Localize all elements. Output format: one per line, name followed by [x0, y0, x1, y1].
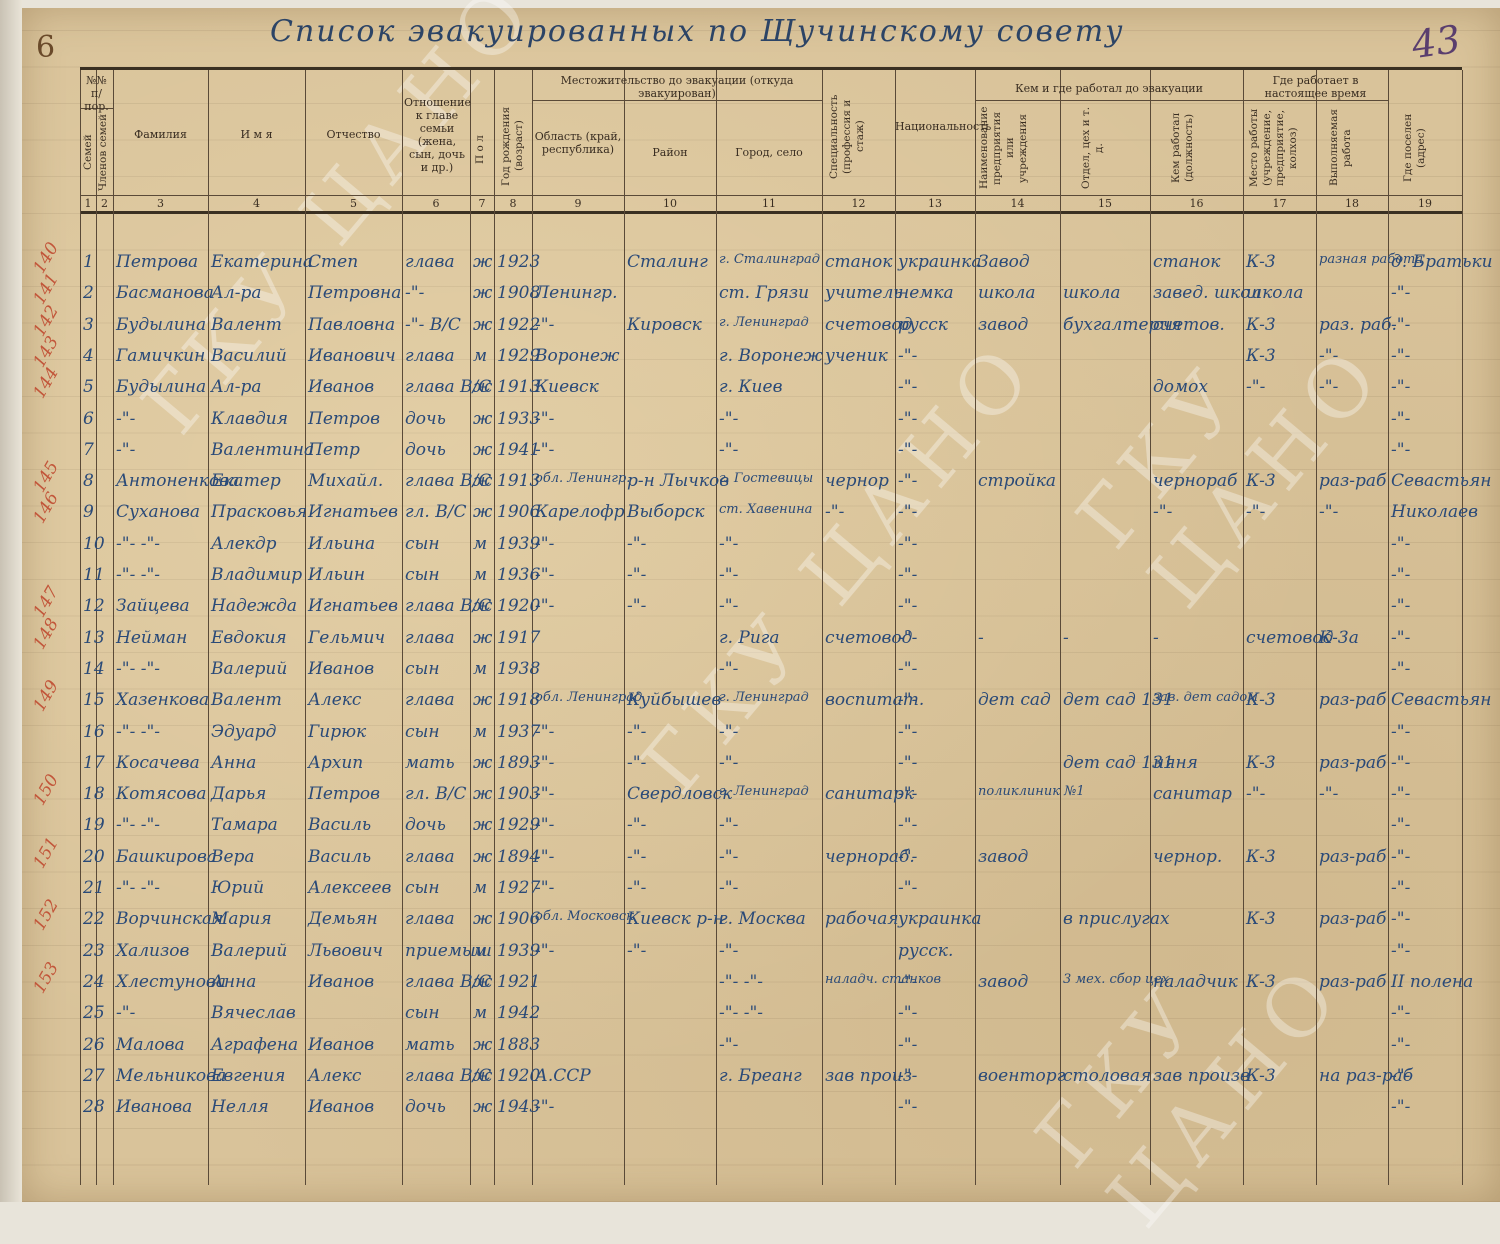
cell-year: 1938 [497, 659, 540, 679]
cell-year: 1917 [497, 628, 540, 648]
cell-city: -"- [719, 722, 738, 742]
cell-raion: Выборск [627, 502, 705, 522]
cell-workplace: -"- [1246, 784, 1265, 804]
cell-spec: чернор [825, 471, 889, 491]
cell-spec: учитель [825, 283, 903, 303]
cell-job: раз. раб. [1319, 315, 1397, 335]
cell-patronymic: Петровна [308, 283, 401, 303]
cell-nat: -"- [898, 596, 917, 616]
header-raion: Район [624, 146, 716, 159]
cell-city: -"- [719, 659, 738, 679]
header-sub-rule [1243, 100, 1388, 101]
cell-sex: м [473, 534, 487, 554]
cell-nat: -"- [898, 1097, 917, 1117]
cell-job: раз-раб [1319, 690, 1386, 710]
cell-n: 24 [83, 972, 105, 992]
cell-position: санитар [1153, 784, 1232, 804]
cell-city: г. Москва [719, 909, 806, 929]
cell-nat: -"- [898, 815, 917, 835]
cell-year: 1941 [497, 440, 540, 460]
cell-position: зав произв [1153, 1066, 1250, 1086]
cell-year: 1918 [497, 690, 540, 710]
cell-n: 23 [83, 941, 105, 961]
cell-position: чернораб [1153, 471, 1237, 491]
header-sub-rule [975, 100, 1243, 101]
cell-surname: -"- -"- [116, 722, 160, 742]
cell-sex: ж [473, 690, 492, 710]
cell-workplace: К-3 [1246, 847, 1276, 867]
cell-patronymic: Алекс [308, 690, 361, 710]
cell-patronymic: Иванов [308, 1097, 374, 1117]
cell-relation: глава [405, 909, 455, 929]
cell-sex: м [473, 941, 487, 961]
cell-patronymic: Архип [308, 753, 363, 773]
cell-job: -"- [1319, 502, 1338, 522]
cell-sex: ж [473, 440, 492, 460]
cell-raion: Сталинг [627, 252, 708, 272]
cell-year: 1927 [497, 878, 540, 898]
cell-surname: -"- -"- [116, 878, 160, 898]
column-number: 8 [494, 197, 532, 210]
cell-n: 22 [83, 909, 105, 929]
header-city: Город, село [716, 146, 822, 159]
cell-name: Юрий [211, 878, 264, 898]
cell-nat: -"- [898, 1003, 917, 1023]
cell-surname: Иванова [116, 1097, 192, 1117]
cell-patronymic: Демьян [308, 909, 378, 929]
cell-nat: -"- [898, 471, 917, 491]
cell-enterprise: завод [978, 972, 1028, 992]
cell-relation: сын [405, 565, 440, 585]
cell-nat: -"- [898, 534, 917, 554]
cell-year: 1920 [497, 596, 540, 616]
cell-oblast: -"- [535, 784, 554, 804]
cell-relation: дочь [405, 1097, 446, 1117]
column-rule [80, 70, 81, 1185]
cell-year: 1894 [497, 847, 540, 867]
cell-enterprise: военторг [978, 1066, 1065, 1086]
document-title: Список эвакуированных по Щучинскому сове… [270, 14, 1125, 49]
cell-sex: ж [473, 283, 492, 303]
cell-name: Прасковья [211, 502, 307, 522]
cell-address: -"- [1391, 784, 1410, 804]
cell-nat: -"- [898, 565, 917, 585]
cell-job: раз-раб [1319, 909, 1386, 929]
cell-position: няня [1153, 753, 1198, 773]
cell-surname: Хлестунова [116, 972, 226, 992]
cell-patronymic: Петров [308, 409, 380, 429]
cell-name: Эдуард [211, 722, 276, 742]
cell-name: Тамара [211, 815, 278, 835]
header-relation: Отношение к главе семьи (жена, сын, дочь… [404, 96, 470, 174]
cell-n: 10 [83, 534, 105, 554]
cell-surname: -"- -"- [116, 815, 160, 835]
cell-year: 1893 [497, 753, 540, 773]
cell-nat: -"- [898, 346, 917, 366]
cell-nat: -"- [898, 440, 917, 460]
cell-n: 27 [83, 1066, 105, 1086]
cell-enterprise: завод [978, 847, 1028, 867]
cell-address: -"- [1391, 346, 1410, 366]
cell-sex: ж [473, 315, 492, 335]
cell-spec: станок [825, 252, 892, 272]
cell-patronymic: Гельмич [308, 628, 385, 648]
cell-name: Аграфена [211, 1035, 298, 1055]
cell-sex: м [473, 346, 487, 366]
cell-name: Вячеслав [211, 1003, 296, 1023]
cell-year: 1922 [497, 315, 540, 335]
cell-oblast: -"- [535, 878, 554, 898]
cell-relation: -"- В/С [405, 315, 461, 335]
column-number: 3 [113, 197, 208, 210]
cell-workplace: -"- [1246, 377, 1265, 397]
cell-n: 3 [83, 315, 94, 335]
cell-relation: глава [405, 628, 455, 648]
cell-city: г. Сталинград [719, 252, 820, 267]
cell-oblast: обл. Ленингр. [535, 471, 630, 486]
cell-surname: Хализов [116, 941, 189, 961]
cell-workplace: К-3 [1246, 252, 1276, 272]
cell-raion: -"- [627, 596, 646, 616]
cell-sex: ж [473, 628, 492, 648]
cell-patronymic: Львович [308, 941, 383, 961]
cell-city: -"- -"- [719, 972, 763, 992]
cell-year: 1903 [497, 784, 540, 804]
cell-relation: сын [405, 1003, 440, 1023]
cell-nat: -"- [898, 502, 917, 522]
cell-raion: -"- [627, 815, 646, 835]
cell-job: К-3а [1319, 628, 1359, 648]
cell-patronymic: Петров [308, 784, 380, 804]
cell-year: 1929 [497, 346, 540, 366]
cell-sex: ж [473, 1035, 492, 1055]
column-rule [1388, 70, 1389, 1185]
header-residence-group: Местожительство до эвакуации (откуда эва… [532, 74, 822, 100]
header-position: Кем работал (должность) [1170, 104, 1210, 192]
cell-patronymic: Алекс [308, 1066, 361, 1086]
cell-raion: Киевск р-н [627, 909, 724, 929]
column-number: 10 [624, 197, 716, 210]
cell-oblast: -"- [535, 565, 554, 585]
cell-relation: сын [405, 878, 440, 898]
cell-address: -"- [1391, 409, 1410, 429]
cell-nat: -"- [898, 784, 917, 804]
header-families: Семей [82, 112, 96, 192]
cell-surname: -"- -"- [116, 565, 160, 585]
cell-oblast: -"- [535, 815, 554, 835]
column-number: 6 [402, 197, 470, 210]
cell-address: Николаев [1391, 502, 1478, 522]
cell-surname: Башкирова [116, 847, 217, 867]
column-number: 4 [208, 197, 305, 210]
cell-sex: ж [473, 1066, 492, 1086]
column-rule [822, 70, 823, 1185]
cell-sex: ж [473, 596, 492, 616]
header-members: Членов семей [97, 112, 111, 192]
cell-name: Евдокия [211, 628, 287, 648]
cell-dept: столовая [1063, 1066, 1151, 1086]
cell-patronymic: Иванов [308, 659, 374, 679]
cell-surname: Гамичкин [116, 346, 205, 366]
cell-n: 15 [83, 690, 105, 710]
cell-patronymic: Иванов [308, 1035, 374, 1055]
cell-raion: Свердловск [627, 784, 732, 804]
cell-year: 1939 [497, 534, 540, 554]
cell-city: -"- [719, 534, 738, 554]
cell-raion: -"- [627, 565, 646, 585]
cell-year: 1943 [497, 1097, 540, 1117]
cell-address: -"- [1391, 753, 1410, 773]
cell-patronymic: Василь [308, 847, 371, 867]
cell-surname: Малова [116, 1035, 185, 1055]
cell-workplace: школа [1246, 283, 1303, 303]
cell-sex: ж [473, 784, 492, 804]
cell-year: 1906 [497, 502, 540, 522]
cell-n: 9 [83, 502, 94, 522]
cell-city: г. Ленинград [719, 690, 809, 705]
cell-n: 6 [83, 409, 94, 429]
cell-workplace: К-3 [1246, 1066, 1276, 1086]
cell-n: 2 [83, 283, 94, 303]
cell-raion: -"- [627, 941, 646, 961]
cell-year: 1939 [497, 941, 540, 961]
column-number: 1 [80, 197, 96, 210]
cell-patronymic: Иванов [308, 972, 374, 992]
cell-oblast: -"- [535, 440, 554, 460]
cell-address: -"- [1391, 628, 1410, 648]
cell-sex: ж [473, 502, 492, 522]
cell-year: 1942 [497, 1003, 540, 1023]
cell-address: II полена [1391, 972, 1473, 992]
cell-name: Мария [211, 909, 272, 929]
cell-address: -"- [1391, 440, 1410, 460]
cell-address: -"- [1391, 1066, 1410, 1086]
cell-n: 12 [83, 596, 105, 616]
cell-n: 19 [83, 815, 105, 835]
cell-address: -"- [1391, 1035, 1410, 1055]
cell-n: 1 [83, 252, 94, 272]
cell-year: 1906 [497, 909, 540, 929]
cell-workplace: К-3 [1246, 753, 1276, 773]
cell-n: 13 [83, 628, 105, 648]
cell-workplace: К-3 [1246, 909, 1276, 929]
cell-relation: сын [405, 722, 440, 742]
cell-city: г. Киев [719, 377, 782, 397]
cell-dept: - [1063, 628, 1069, 648]
cell-raion: -"- [627, 534, 646, 554]
cell-city: г. Рига [719, 628, 780, 648]
sheet-number: 43 [1409, 17, 1463, 67]
cell-nat: -"- [898, 377, 917, 397]
cell-name: Евгения [211, 1066, 285, 1086]
cell-address: -"- [1391, 815, 1410, 835]
cell-relation: глава [405, 690, 455, 710]
cell-nat: -"- [898, 847, 917, 867]
cell-city: -"- [719, 753, 738, 773]
cell-name: Надежда [211, 596, 297, 616]
book-binding [0, 0, 22, 1202]
cell-city: г. Гостевицы [719, 471, 813, 486]
cell-oblast: Воронеж [535, 346, 619, 366]
cell-relation: дочь [405, 409, 446, 429]
cell-surname: Косачева [116, 753, 200, 773]
cell-address: -"- [1391, 659, 1410, 679]
cell-sex: м [473, 722, 487, 742]
cell-spec: -"- [825, 502, 844, 522]
cell-city: -"- [719, 440, 738, 460]
cell-sex: м [473, 1003, 487, 1023]
cell-surname: Нейман [116, 628, 187, 648]
cell-raion: Кировск [627, 315, 702, 335]
cell-nat: русск. [898, 941, 953, 961]
column-number: 16 [1150, 197, 1243, 210]
cell-patronymic: Павловна [308, 315, 395, 335]
cell-city: -"- [719, 565, 738, 585]
cell-patronymic: Иванович [308, 346, 396, 366]
header-np-group: №№ п/пор. [80, 74, 113, 113]
column-rule [1150, 70, 1151, 1185]
cell-enterprise: школа [978, 283, 1035, 303]
header-dept: Отдел, цех и т. д. [1080, 104, 1120, 192]
column-rule [975, 70, 976, 1185]
cell-raion: -"- [627, 722, 646, 742]
cell-sex: ж [473, 847, 492, 867]
column-rule [305, 70, 306, 1185]
cell-spec: ученик [825, 346, 888, 366]
cell-surname: Котясова [116, 784, 207, 804]
cell-city: -"- [719, 815, 738, 835]
cell-workplace: К-3 [1246, 690, 1276, 710]
cell-relation: глава [405, 847, 455, 867]
cell-n: 28 [83, 1097, 105, 1117]
cell-nat: русск [898, 315, 948, 335]
cell-city: -"- [719, 941, 738, 961]
cell-surname: Хазенкова [116, 690, 209, 710]
column-rule [624, 70, 625, 1185]
cell-oblast: -"- [535, 847, 554, 867]
cell-position: станок [1153, 252, 1220, 272]
cell-sex: м [473, 659, 487, 679]
cell-n: 25 [83, 1003, 105, 1023]
cell-sex: ж [473, 909, 492, 929]
cell-relation: мать [405, 753, 455, 773]
cell-oblast: -"- [535, 409, 554, 429]
cell-year: 1908 [497, 283, 540, 303]
cell-nat: -"- [898, 409, 917, 429]
cell-city: -"- [719, 1035, 738, 1055]
cell-job: -"- [1319, 346, 1338, 366]
column-number: 14 [975, 197, 1060, 210]
cell-workplace: -"- [1246, 502, 1265, 522]
header-patronymic: Отчество [305, 128, 402, 141]
column-number: 2 [96, 197, 113, 210]
cell-relation: -"- [405, 283, 424, 303]
cell-job: -"- [1319, 377, 1338, 397]
cell-n: 11 [83, 565, 105, 585]
cell-nat: немка [898, 283, 954, 303]
cell-name: Нелля [211, 1097, 269, 1117]
cell-nat: -"- [898, 1066, 917, 1086]
column-rule [1462, 70, 1463, 1185]
cell-nat: -"- [898, 753, 917, 773]
cell-workplace: К-3 [1246, 471, 1276, 491]
column-number: 17 [1243, 197, 1316, 210]
cell-surname: Суханова [116, 502, 200, 522]
cell-enterprise: поликлиник №1 [978, 784, 1085, 799]
cell-address: -"- [1391, 534, 1410, 554]
cell-sex: ж [473, 377, 492, 397]
cell-address: д. Братьки [1391, 252, 1493, 272]
cell-surname: -"- -"- [116, 659, 160, 679]
cell-name: Екатерина [211, 252, 313, 272]
cell-spec: наладч. станков [825, 972, 941, 987]
cell-enterprise: - [978, 628, 984, 648]
cell-workplace: К-3 [1246, 972, 1276, 992]
cell-patronymic: Василь [308, 815, 371, 835]
cell-sex: ж [473, 972, 492, 992]
cell-raion: -"- [627, 847, 646, 867]
header-bottom-rule [80, 211, 1462, 214]
cell-year: 1920 [497, 1066, 540, 1086]
header-specialty: Специальность (профессия и стаж) [828, 84, 888, 189]
cell-address: Севастьян [1391, 471, 1491, 491]
header-name: И м я [208, 128, 305, 141]
column-number: 9 [532, 197, 624, 210]
cell-year: 1921 [497, 972, 540, 992]
cell-n: 16 [83, 722, 105, 742]
cell-name: Вера [211, 847, 255, 867]
cell-nat: -"- [898, 972, 917, 992]
column-number: 11 [716, 197, 822, 210]
cell-city: -"- [719, 409, 738, 429]
cell-spec: рабочая [825, 909, 899, 929]
cell-nat: украинка [898, 909, 981, 929]
cell-name: Алекдр [211, 534, 277, 554]
cell-name: Анна [211, 753, 256, 773]
column-number: 19 [1388, 197, 1462, 210]
cell-city: -"- [719, 847, 738, 867]
header-workplace: Место работы (учреждение, предприятие, к… [1248, 104, 1308, 192]
cell-sex: ж [473, 252, 492, 272]
cell-nat: -"- [898, 1035, 917, 1055]
number-row-rule [80, 195, 1462, 196]
cell-surname: Будылина [116, 315, 206, 335]
cell-address: -"- [1391, 909, 1410, 929]
cell-oblast: -"- [535, 1097, 554, 1117]
cell-n: 21 [83, 878, 105, 898]
column-rule [1243, 70, 1244, 1185]
cell-enterprise: дет сад [978, 690, 1051, 710]
cell-oblast: -"- [535, 722, 554, 742]
column-number: 7 [470, 197, 494, 210]
cell-address: -"- [1391, 1003, 1410, 1023]
cell-address: -"- [1391, 565, 1410, 585]
cell-raion: -"- [627, 753, 646, 773]
cell-surname: Зайцева [116, 596, 190, 616]
cell-raion: -"- [627, 878, 646, 898]
cell-workplace: К-3 [1246, 346, 1276, 366]
cell-oblast: А.ССР [535, 1066, 591, 1086]
cell-year: 1929 [497, 815, 540, 835]
cell-n: 4 [83, 346, 94, 366]
cell-oblast: Карелофр [535, 502, 624, 522]
cell-city: г. Воронеж [719, 346, 823, 366]
cell-year: 1937 [497, 722, 540, 742]
cell-name: Ал-ра [211, 377, 261, 397]
cell-sex: ж [473, 1097, 492, 1117]
cell-patronymic: Игнатьев [308, 502, 398, 522]
cell-surname: -"- [116, 409, 135, 429]
